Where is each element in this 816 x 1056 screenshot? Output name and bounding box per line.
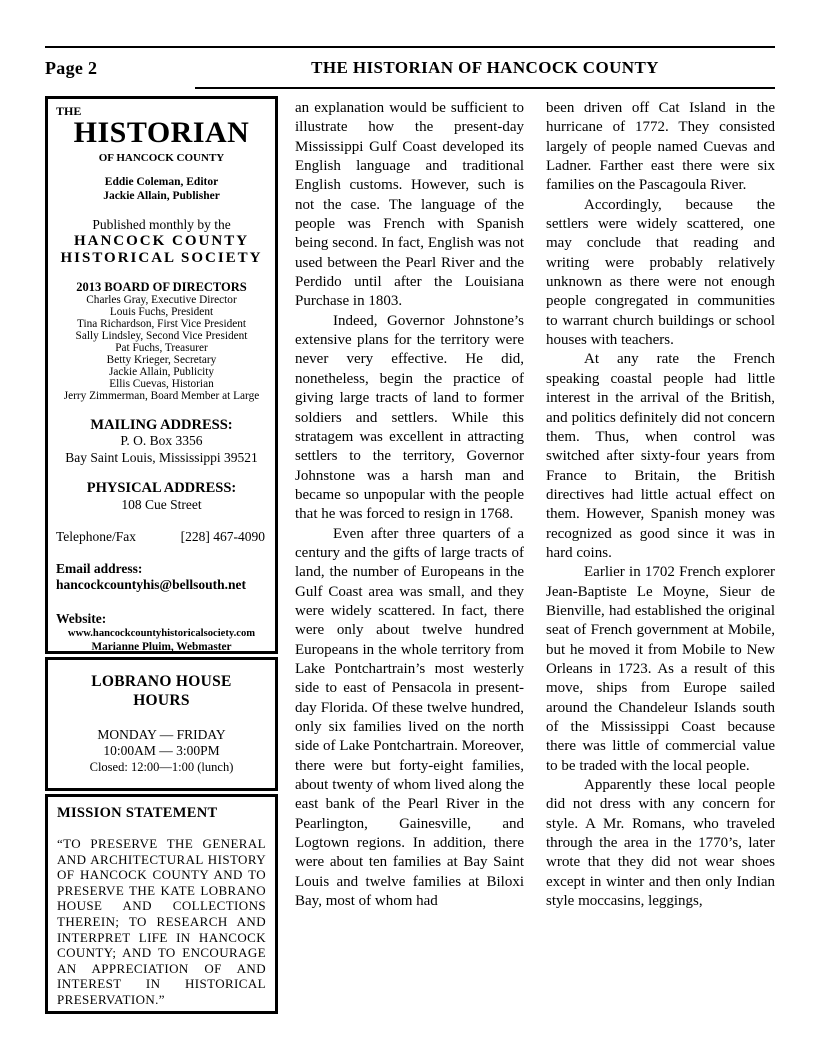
phone-row: Telephone/Fax [228] 467-4090 — [56, 529, 267, 545]
org-line-1: HANCOCK COUNTY — [56, 233, 267, 250]
sidebar: THE HISTORIAN OF HANCOCK COUNTY Eddie Co… — [45, 96, 278, 1014]
paragraph: At any rate the French speaking coastal … — [546, 350, 775, 563]
board-heading: 2013 BOARD OF DIRECTORS — [56, 281, 267, 295]
newsletter-title: THE HISTORIAN OF HANCOCK COUNTY — [195, 58, 775, 78]
masthead-box: THE HISTORIAN OF HANCOCK COUNTY Eddie Co… — [45, 96, 278, 654]
page-content: THE HISTORIAN OF HANCOCK COUNTY Eddie Co… — [45, 96, 775, 1014]
website-label: Website: — [56, 611, 267, 627]
mailing-address-line-1: P. O. Box 3356 — [56, 433, 267, 449]
hours-details: MONDAY — FRIDAY 10:00AM — 3:00PM Closed:… — [54, 727, 269, 775]
article-column-1: an explanation would be sufficient to il… — [295, 99, 524, 1014]
editor-credit: Eddie Coleman, Editor — [56, 176, 267, 190]
physical-address-line-1: 108 Cue Street — [56, 497, 267, 513]
masthead-subtitle: OF HANCOCK COUNTY — [56, 153, 267, 164]
header-bottom-rule — [195, 87, 775, 89]
staff-credits: Eddie Coleman, Editor Jackie Allain, Pub… — [56, 176, 267, 204]
paragraph: Even after three quarters of a century a… — [295, 525, 524, 912]
page-header: Page 2 THE HISTORIAN OF HANCOCK COUNTY — [45, 48, 775, 79]
board-member-list: Charles Gray, Executive Director Louis F… — [56, 295, 267, 403]
organization-name: HANCOCK COUNTY HISTORICAL SOCIETY — [56, 233, 267, 268]
paragraph: Accordingly, because the settlers were w… — [546, 196, 775, 351]
phone-value: [228] 467-4090 — [181, 529, 265, 545]
website-url: www.hancockcountyhistoricalsociety.com — [56, 628, 267, 641]
article: an explanation would be sufficient to il… — [295, 96, 775, 1014]
paragraph: Earlier in 1702 French explorer Jean-Bap… — [546, 563, 775, 776]
mission-heading: MISSION STATEMENT — [57, 805, 266, 822]
mailing-address-line-2: Bay Saint Louis, Mississippi 39521 — [56, 450, 267, 466]
paragraph: an explanation would be sufficient to il… — [295, 99, 524, 312]
article-column-2: been driven off Cat Island in the hurric… — [546, 99, 775, 1014]
phone-label: Telephone/Fax — [56, 529, 136, 545]
hours-title-line-2: HOURS — [54, 691, 269, 710]
hours-title: LOBRANO HOUSE HOURS — [54, 672, 269, 711]
hours-times: 10:00AM — 3:00PM — [54, 743, 269, 759]
org-line-2: HISTORICAL SOCIETY — [56, 250, 267, 267]
paragraph: been driven off Cat Island in the hurric… — [546, 99, 775, 196]
hours-title-line-1: LOBRANO HOUSE — [54, 672, 269, 691]
board-member: Jerry Zimmerman, Board Member at Large — [56, 391, 267, 403]
email-value: hancockcountyhis@bellsouth.net — [56, 577, 267, 594]
paragraph: Apparently these local people did not dr… — [546, 776, 775, 911]
mailing-address-heading: MAILING ADDRESS: — [56, 417, 267, 434]
paragraph: Indeed, Governor Johnstone’s extensive p… — [295, 312, 524, 525]
webmaster-credit: Marianne Pluim, Webmaster — [56, 641, 267, 654]
mission-text: “TO PRESERVE THE GENERAL AND ARCHITECTUR… — [57, 836, 266, 1008]
physical-address-heading: PHYSICAL ADDRESS: — [56, 480, 267, 497]
mission-box: MISSION STATEMENT “TO PRESERVE THE GENER… — [45, 794, 278, 1014]
published-line: Published monthly by the — [56, 217, 267, 233]
email-block: Email address: hancockcountyhis@bellsout… — [56, 561, 267, 595]
hours-closed: Closed: 12:00—1:00 (lunch) — [54, 760, 269, 775]
masthead-title: HISTORIAN — [56, 118, 267, 148]
board-member: Ellis Cuevas, Historian — [56, 379, 267, 391]
publisher-credit: Jackie Allain, Publisher — [56, 190, 267, 204]
newsletter-page: Page 2 THE HISTORIAN OF HANCOCK COUNTY T… — [0, 0, 816, 1056]
page-number: Page 2 — [45, 58, 195, 79]
hours-days: MONDAY — FRIDAY — [54, 727, 269, 743]
email-label: Email address: — [56, 561, 267, 578]
hours-box: LOBRANO HOUSE HOURS MONDAY — FRIDAY 10:0… — [45, 657, 278, 791]
